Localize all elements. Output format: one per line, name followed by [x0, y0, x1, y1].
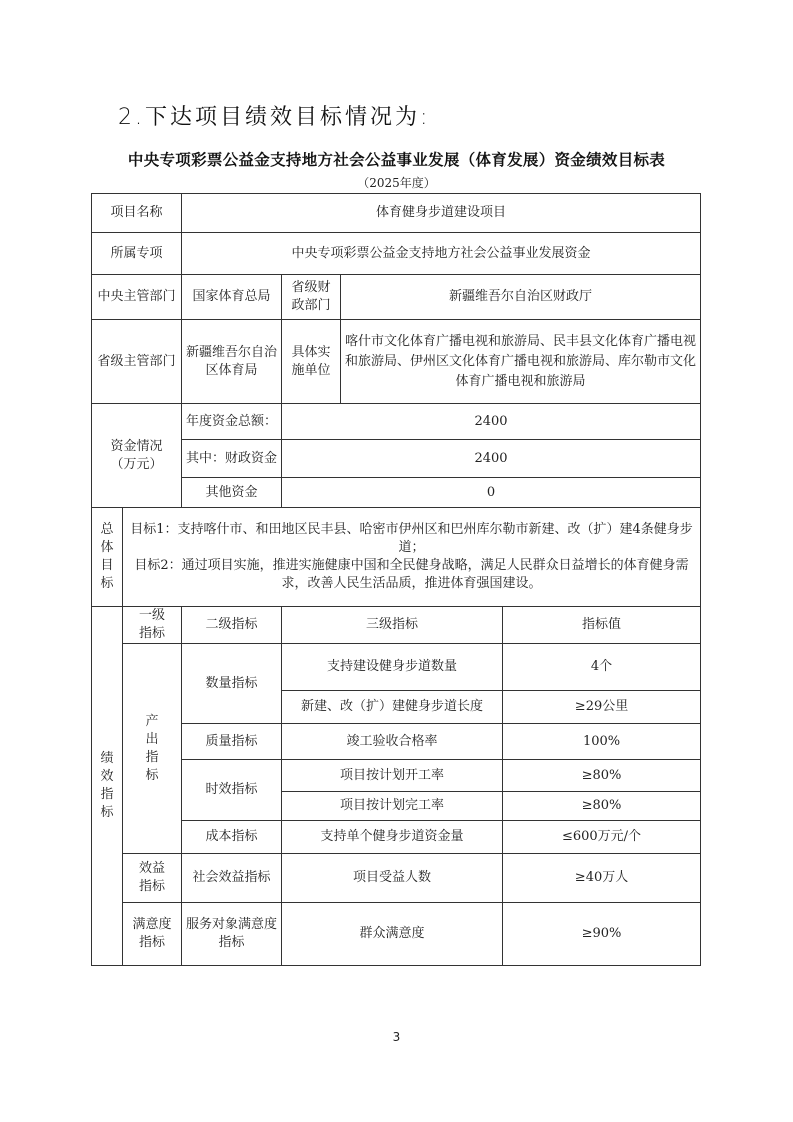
overall-goal-char: 标: [96, 575, 118, 593]
goal-2: 目标2：通过项目实施，推进实施健康中国和全民健身战略，满足人民群众日益增长的体育…: [127, 557, 696, 593]
header-value: 指标值: [503, 607, 701, 644]
row-prov-dept: 省级主管部门 新疆维吾尔自治区体育局 具体实施单位 喀什市文化体育广播电视和旅游…: [92, 320, 701, 404]
satisfaction-level2: 服务对象满意度指标: [182, 903, 282, 966]
indicator-value: ≥90%: [503, 903, 701, 966]
table-title: 中央专项彩票公益金支持地方社会公益事业发展（体育发展）资金绩效目标表: [0, 148, 793, 170]
overall-goal-text: 目标1：支持喀什市、和田地区民丰县、哈密市伊州区和巴州库尔勒市新建、改（扩）建4…: [123, 508, 701, 607]
funds-fiscal-label: 其中：财政资金: [182, 440, 282, 478]
goal-1: 目标1：支持喀什市、和田地区民丰县、哈密市伊州区和巴州库尔勒市新建、改（扩）建4…: [127, 521, 696, 557]
funds-other-value: 0: [282, 478, 701, 508]
special-value: 中央专项彩票公益金支持地方社会公益事业发展资金: [182, 233, 701, 275]
benefit-level2: 社会效益指标: [182, 854, 282, 903]
row-quality: 质量指标 竣工验收合格率 100%: [92, 724, 701, 760]
central-dept-value: 国家体育总局: [182, 275, 282, 320]
special-label: 所属专项: [92, 233, 182, 275]
indicator-value: ≥80%: [503, 792, 701, 821]
central-dept-label: 中央主管部门: [92, 275, 182, 320]
funds-total-label: 年度资金总额：: [182, 404, 282, 440]
header-level3: 三级指标: [282, 607, 503, 644]
indicator-name: 支持单个健身步道资金量: [282, 821, 503, 854]
row-special: 所属专项 中央专项彩票公益金支持地方社会公益事业发展资金: [92, 233, 701, 275]
header-level1: 一级指标: [123, 607, 182, 644]
indicator-value: ≥40万人: [503, 854, 701, 903]
row-funds-other: 其他资金 0: [92, 478, 701, 508]
performance-label: 绩 效 指 标: [92, 607, 123, 966]
page-number: 3: [0, 1030, 793, 1044]
row-satisfaction: 满意度指标 服务对象满意度指标 群众满意度 ≥90%: [92, 903, 701, 966]
quantity-label: 数量指标: [182, 644, 282, 724]
indicator-value: ≤600万元/个: [503, 821, 701, 854]
funds-total-value: 2400: [282, 404, 701, 440]
header-level2: 二级指标: [182, 607, 282, 644]
funds-label-line2: （万元）: [96, 456, 177, 474]
table-year: （2025年度）: [0, 174, 793, 191]
performance-char: 标: [96, 804, 118, 822]
indicator-value: 4个: [503, 644, 701, 691]
indicator-name: 项目按计划完工率: [282, 792, 503, 821]
output-label: 产 出 指 标: [123, 644, 182, 854]
indicator-value: 100%: [503, 724, 701, 760]
indicator-name: 群众满意度: [282, 903, 503, 966]
output-char: 标: [127, 767, 177, 785]
row-perf-header: 绩 效 指 标 一级指标 二级指标 三级指标 指标值: [92, 607, 701, 644]
indicator-name: 项目受益人数: [282, 854, 503, 903]
cost-label: 成本指标: [182, 821, 282, 854]
project-name-value: 体育健身步道建设项目: [182, 194, 701, 233]
row-funds-fiscal: 其中：财政资金 2400: [92, 440, 701, 478]
performance-char: 绩: [96, 750, 118, 768]
indicator-name: 新建、改（扩）建健身步道长度: [282, 691, 503, 724]
prov-dept-label: 省级主管部门: [92, 320, 182, 404]
funds-label-line1: 资金情况: [96, 438, 177, 456]
quality-label: 质量指标: [182, 724, 282, 760]
impl-unit-label: 具体实施单位: [282, 320, 341, 404]
row-overall-goal: 总 体 目 标 目标1：支持喀什市、和田地区民丰县、哈密市伊州区和巴州库尔勒市新…: [92, 508, 701, 607]
overall-goal-char: 总: [96, 521, 118, 539]
performance-char: 效: [96, 768, 118, 786]
satisfaction-level1: 满意度指标: [123, 903, 182, 966]
row-funds-total: 资金情况 （万元） 年度资金总额： 2400: [92, 404, 701, 440]
indicator-name: 项目按计划开工率: [282, 760, 503, 792]
impl-unit-value: 喀什市文化体育广播电视和旅游局、民丰县文化体育广播电视和旅游局、伊州区文化体育广…: [341, 320, 701, 404]
row-central-dept: 中央主管部门 国家体育总局 省级财政部门 新疆维吾尔自治区财政厅: [92, 275, 701, 320]
prov-finance-value: 新疆维吾尔自治区财政厅: [341, 275, 701, 320]
output-char: 指: [127, 749, 177, 767]
funds-label: 资金情况 （万元）: [92, 404, 182, 508]
prov-dept-value: 新疆维吾尔自治区体育局: [182, 320, 282, 404]
row-benefit: 效益指标 社会效益指标 项目受益人数 ≥40万人: [92, 854, 701, 903]
row-quantity-1: 产 出 指 标 数量指标 支持建设健身步道数量 4个: [92, 644, 701, 691]
project-name-label: 项目名称: [92, 194, 182, 233]
timeliness-label: 时效指标: [182, 760, 282, 821]
row-timeliness-1: 时效指标 项目按计划开工率 ≥80%: [92, 760, 701, 792]
indicator-value: ≥29公里: [503, 691, 701, 724]
performance-char: 指: [96, 786, 118, 804]
overall-goal-label: 总 体 目 标: [92, 508, 123, 607]
funds-fiscal-value: 2400: [282, 440, 701, 478]
row-project-name: 项目名称 体育健身步道建设项目: [92, 194, 701, 233]
row-cost: 成本指标 支持单个健身步道资金量 ≤600万元/个: [92, 821, 701, 854]
prov-finance-label: 省级财政部门: [282, 275, 341, 320]
indicator-name: 支持建设健身步道数量: [282, 644, 503, 691]
performance-goal-table: 项目名称 体育健身步道建设项目 所属专项 中央专项彩票公益金支持地方社会公益事业…: [91, 193, 701, 966]
funds-other-label: 其他资金: [182, 478, 282, 508]
benefit-level1: 效益指标: [123, 854, 182, 903]
section-heading: 2.下达项目绩效目标情况为:: [118, 100, 430, 131]
indicator-value: ≥80%: [503, 760, 701, 792]
overall-goal-char: 目: [96, 557, 118, 575]
output-char: 产: [127, 713, 177, 731]
indicator-name: 竣工验收合格率: [282, 724, 503, 760]
output-char: 出: [127, 731, 177, 749]
overall-goal-char: 体: [96, 539, 118, 557]
